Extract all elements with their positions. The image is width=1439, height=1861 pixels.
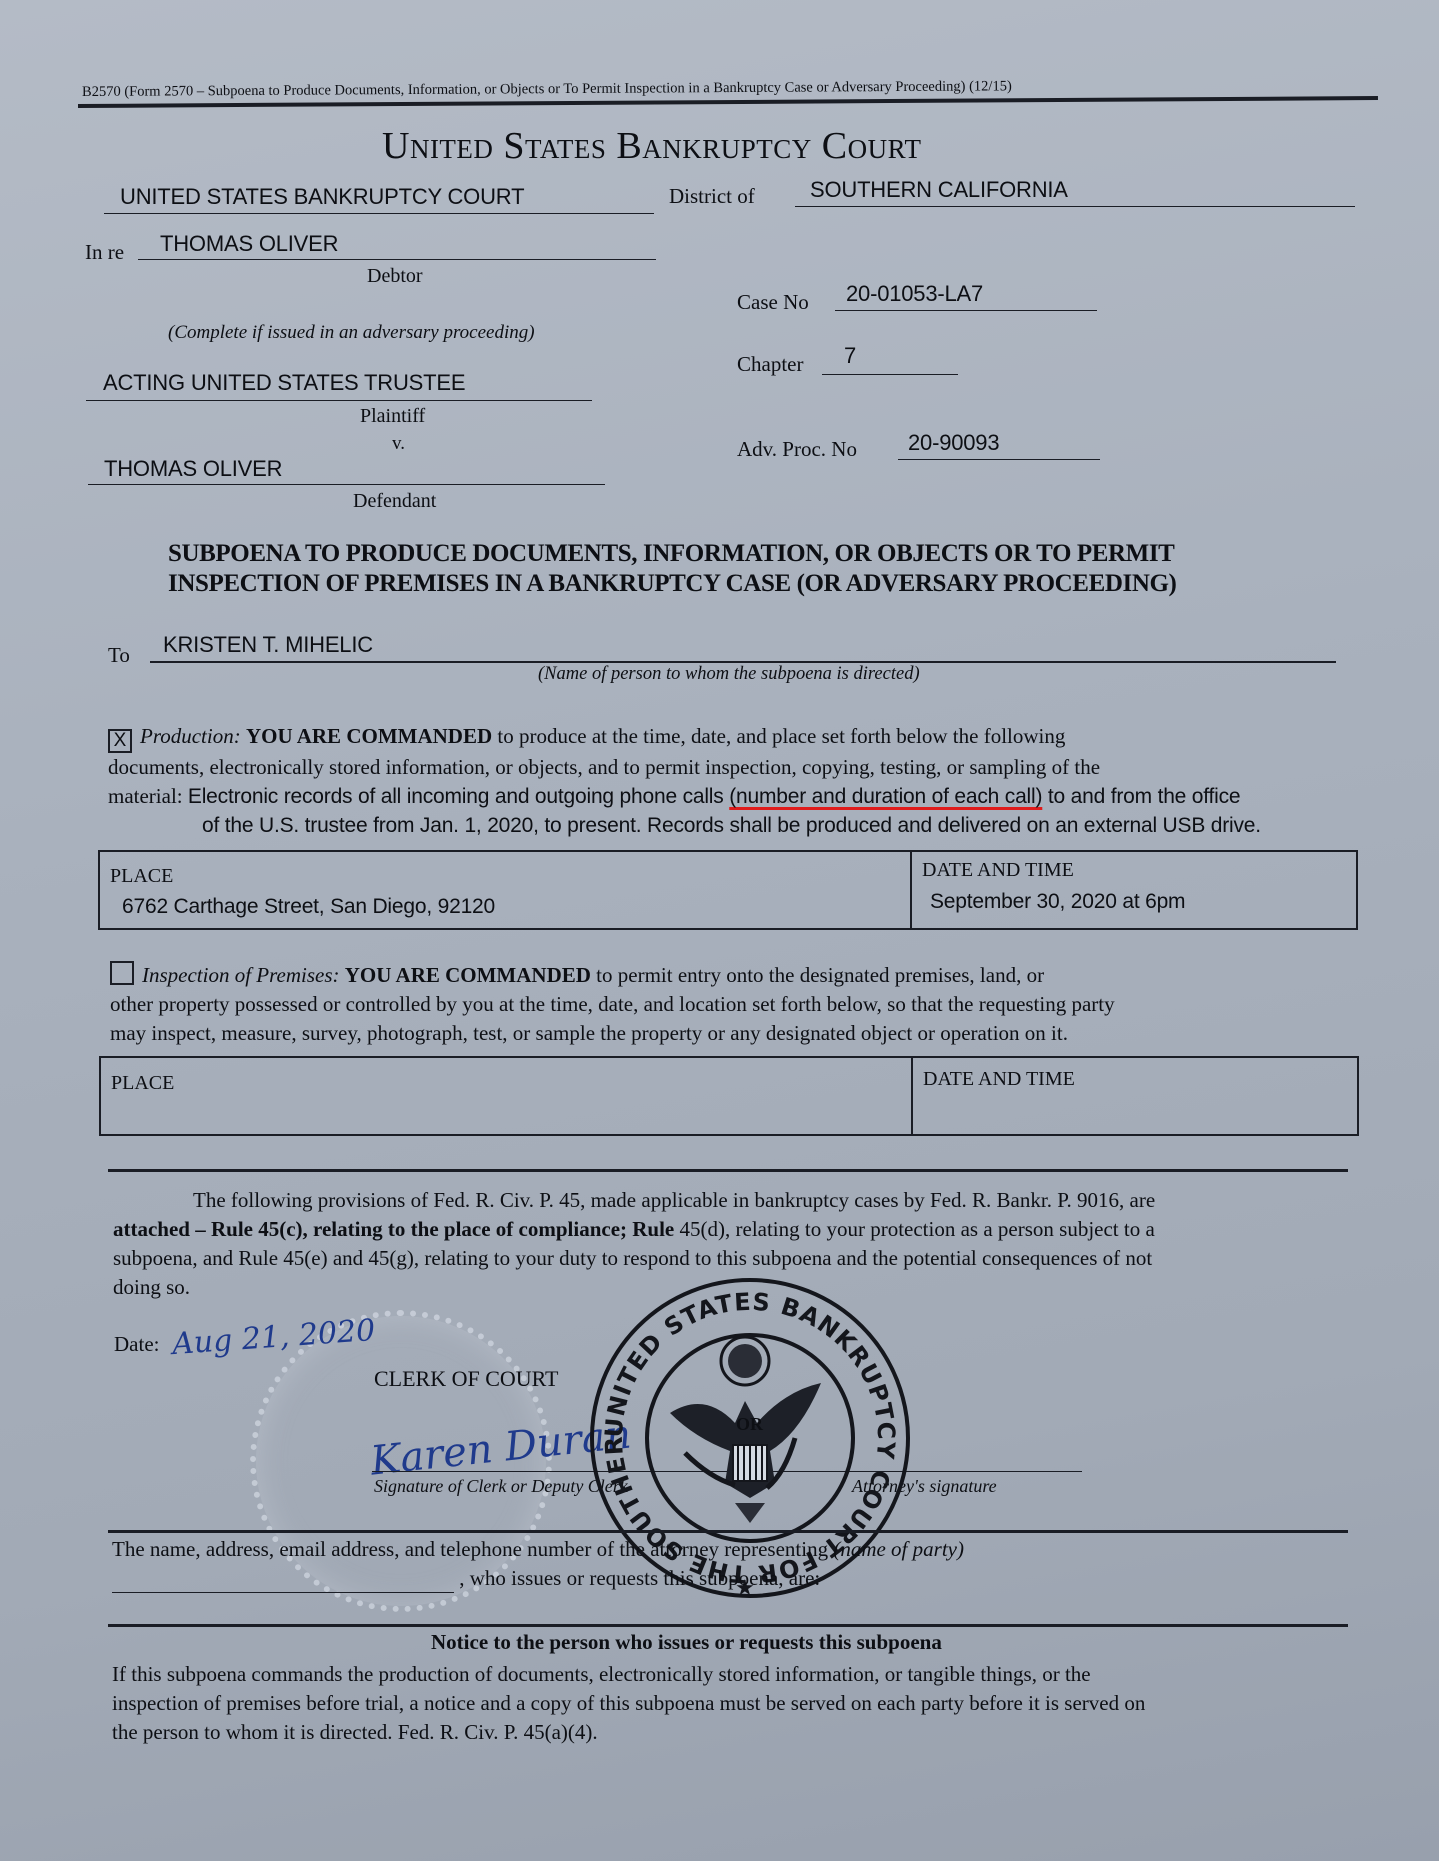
inspection-place-label: PLACE bbox=[111, 1072, 174, 1095]
subpoena-title-line1: SUBPOENA TO PRODUCE DOCUMENTS, INFORMATI… bbox=[168, 539, 1176, 569]
material-line2: of the U.S. trustee from Jan. 1, 2020, t… bbox=[108, 811, 1378, 840]
inspection-checkbox[interactable] bbox=[110, 961, 134, 985]
defendant-value: THOMAS OLIVER bbox=[104, 456, 282, 482]
adversary-note: (Complete if issued in an adversary proc… bbox=[168, 322, 535, 344]
provisions-line1b: Fed. R. Civ. P. 45, made applicable in b… bbox=[433, 1188, 1155, 1212]
defendant-label: Defendant bbox=[353, 490, 436, 513]
court-name-line bbox=[104, 213, 654, 214]
notice-line2: inspection of premises before trial, a n… bbox=[112, 1689, 1372, 1718]
case-no-label: Case No bbox=[737, 290, 809, 315]
inspection-label: Inspection of Premises: bbox=[142, 963, 340, 987]
attorney-info-line1: The name, address, email address, and te… bbox=[112, 1537, 833, 1561]
notice-title: Notice to the person who issues or reque… bbox=[431, 1630, 942, 1655]
inspection-datetime-label: DATE AND TIME bbox=[923, 1068, 1075, 1091]
plaintiff-label: Plaintiff bbox=[360, 405, 425, 428]
district-label: District of bbox=[669, 184, 755, 209]
production-place-value: 6762 Carthage Street, San Diego, 92120 bbox=[122, 895, 495, 919]
notice-rule bbox=[108, 1624, 1348, 1627]
case-no-value: 20-01053-LA7 bbox=[846, 281, 983, 307]
subpoena-title-line2: INSPECTION OF PREMISES IN A BANKRUPTCY C… bbox=[168, 569, 1176, 599]
inspection-table: PLACE DATE AND TIME bbox=[99, 1056, 1359, 1136]
inspection-text-line2: other property possessed or controlled b… bbox=[110, 990, 1380, 1019]
plaintiff-value: ACTING UNITED STATES TRUSTEE bbox=[103, 370, 465, 396]
provisions-line2-rest: 45(d), relating to your protection as a … bbox=[674, 1217, 1155, 1241]
in-re-label: In re bbox=[85, 240, 124, 265]
production-checkbox[interactable]: X bbox=[108, 729, 132, 753]
attorney-info-line2: , who issues or requests this subpoena, … bbox=[459, 1566, 820, 1590]
case-no-line bbox=[835, 310, 1097, 311]
provisions-line3: subpoena, and Rule 45(e) and 45(g), rela… bbox=[113, 1244, 1373, 1273]
material-text: Electronic records of all incoming and o… bbox=[188, 785, 729, 808]
versus-label: v. bbox=[392, 433, 405, 455]
court-name-value: UNITED STATES BANKRUPTCY COURT bbox=[120, 184, 524, 210]
production-place-label: PLACE bbox=[110, 865, 173, 888]
production-datetime-label: DATE AND TIME bbox=[922, 859, 1074, 882]
notice-line1: If this subpoena commands the production… bbox=[112, 1660, 1372, 1689]
debtor-line bbox=[138, 259, 656, 260]
chapter-line bbox=[822, 374, 958, 375]
debtor-label: Debtor bbox=[367, 265, 423, 288]
notice-paragraph: If this subpoena commands the production… bbox=[112, 1660, 1372, 1747]
clerk-label: CLERK OF COURT bbox=[374, 1366, 558, 1392]
to-caption: (Name of person to whom the subpoena is … bbox=[538, 664, 920, 685]
defendant-line bbox=[88, 484, 605, 485]
or-label: OR bbox=[736, 1414, 763, 1435]
production-label: Production: bbox=[140, 724, 241, 748]
notice-line3: the person to whom it is directed. Fed. … bbox=[112, 1718, 1372, 1747]
material-label: material: bbox=[108, 784, 183, 808]
production-text-line1: to produce at the time, date, and place … bbox=[497, 724, 1065, 748]
material-highlight: (number and duration of each call) bbox=[729, 785, 1042, 808]
form-header: B2570 (Form 2570 – Subpoena to Produce D… bbox=[82, 78, 1012, 101]
attorney-rule bbox=[108, 1530, 1348, 1533]
production-datetime-value: September 30, 2020 at 6pm bbox=[930, 890, 1185, 914]
attorney-info-party: (name of party) bbox=[833, 1537, 964, 1561]
attorney-name-blank[interactable] bbox=[112, 1572, 454, 1593]
adv-proc-line bbox=[898, 459, 1100, 460]
attorney-info: The name, address, email address, and te… bbox=[112, 1535, 1372, 1593]
production-table: PLACE 6762 Carthage Street, San Diego, 9… bbox=[98, 850, 1358, 930]
plaintiff-line bbox=[86, 400, 592, 401]
production-commanded: YOU ARE COMMANDED bbox=[246, 724, 492, 748]
subpoena-title: SUBPOENA TO PRODUCE DOCUMENTS, INFORMATI… bbox=[168, 539, 1176, 599]
district-line bbox=[795, 206, 1355, 207]
provisions-rule bbox=[108, 1169, 1348, 1172]
inspection-text-line3: may inspect, measure, survey, photograph… bbox=[110, 1019, 1380, 1048]
inspection-text-line1: to permit entry onto the designated prem… bbox=[596, 963, 1044, 987]
provisions-line1a: The following provisions of bbox=[193, 1188, 433, 1212]
material-text-cont: to and from the office bbox=[1042, 785, 1240, 808]
court-title: United States Bankruptcy Court bbox=[382, 124, 921, 168]
to-label: To bbox=[108, 643, 130, 668]
production-section: XProduction: YOU ARE COMMANDED to produc… bbox=[108, 722, 1378, 840]
provisions-line2-bold: attached – Rule 45(c), relating to the p… bbox=[113, 1217, 674, 1241]
to-line bbox=[150, 661, 1336, 663]
chapter-value: 7 bbox=[844, 343, 856, 369]
production-text-line2: documents, electronically stored informa… bbox=[108, 753, 1378, 782]
district-value: SOUTHERN CALIFORNIA bbox=[810, 177, 1068, 203]
debtor-value: THOMAS OLIVER bbox=[160, 231, 338, 257]
date-label: Date: bbox=[114, 1332, 159, 1357]
inspection-section: Inspection of Premises: YOU ARE COMMANDE… bbox=[110, 961, 1380, 1048]
inspection-table-divider bbox=[911, 1058, 913, 1134]
to-value: KRISTEN T. MIHELIC bbox=[163, 632, 373, 658]
adv-proc-label: Adv. Proc. No bbox=[737, 437, 857, 462]
production-table-divider bbox=[910, 852, 912, 928]
chapter-label: Chapter bbox=[737, 352, 803, 377]
inspection-commanded: YOU ARE COMMANDED bbox=[345, 963, 591, 987]
adv-proc-value: 20-90093 bbox=[908, 430, 999, 456]
